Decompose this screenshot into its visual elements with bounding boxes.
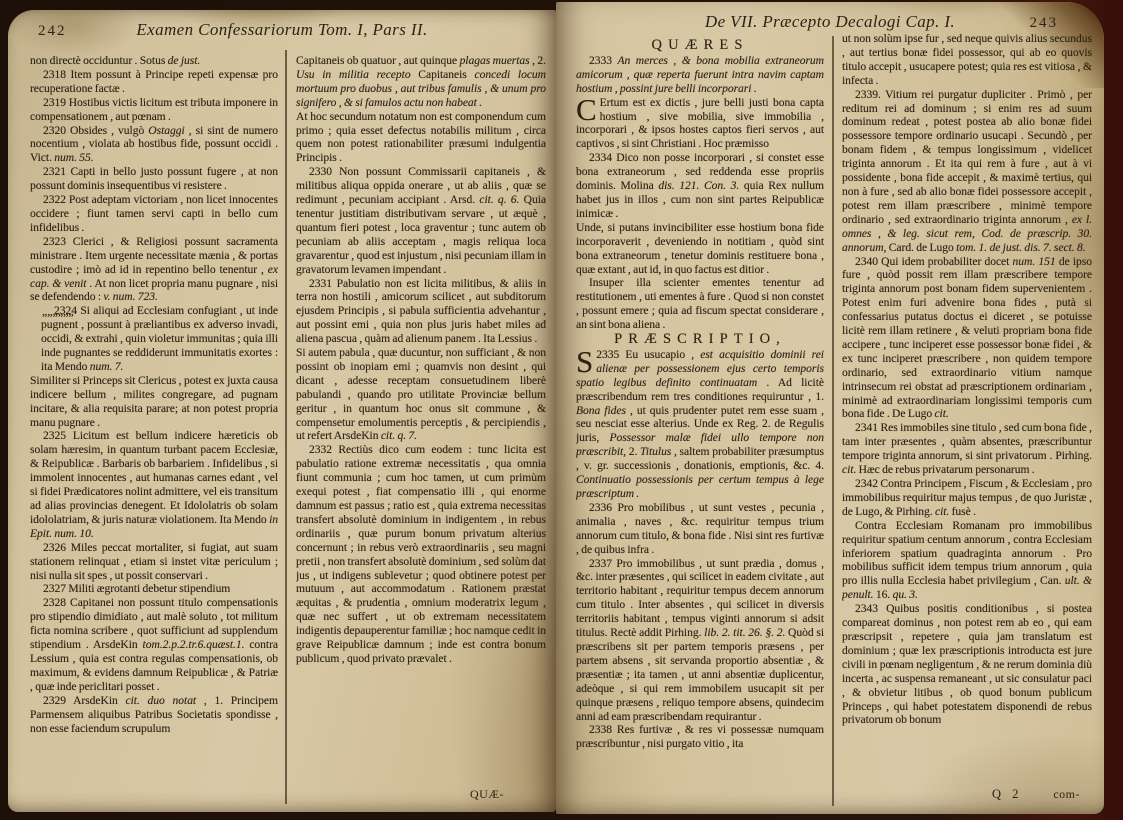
paragraph-2343: 2343 Quibus positis conditionibus , si p… <box>842 602 1092 727</box>
italic-text: cit. duo notat <box>126 694 197 707</box>
text-segment: de ipso fure , quòd possit rem illam præ… <box>842 255 1092 421</box>
text-segment: Ertum est ex dictis , jure belli justi b… <box>576 96 824 151</box>
paragraph-2338: 2338 Res furtivæ , & res vi possessæ num… <box>576 723 824 751</box>
paragraph-contra: Contra Ecclesiam Romanam pro immobilibus… <box>842 519 1092 602</box>
paragraph-utnon: ut non solùm ipse fur , sed neque quivis… <box>842 32 1092 88</box>
paragraph-athoc: At hoc secundum notatum non est componen… <box>296 110 546 166</box>
paragraph-2322: 2322 Post adeptam victoriam , non licet … <box>30 193 278 235</box>
paragraph-2325: 2325 Licitum est bellum indicere hæretic… <box>30 429 278 540</box>
italic-text: tom.2.p.2.tr.6.quæst.1. <box>143 638 245 651</box>
heading-praescriptio: PRÆSCRIPTIO, <box>576 332 824 348</box>
text-segment: 2331 Pabulatio non est licita militibus,… <box>296 277 546 346</box>
text-segment: Capitaneis ob quatuor , aut quinque <box>296 54 460 67</box>
text-segment: Hæc de rebus privatarum personarum . <box>856 463 1034 476</box>
text-segment: 2323 Clerici , & Religiosi possunt sacra… <box>30 235 278 276</box>
paragraph-2328: 2328 Capitanei non possunt titulo compen… <box>30 596 278 693</box>
text-segment: Capitaneis <box>411 68 475 81</box>
text-column: ut non solùm ipse fur , sed neque quivis… <box>842 32 1092 784</box>
italic-text: tom. 1. de just. dis. 7. sect. 8. <box>956 241 1085 254</box>
paragraph-siautem: Si autem pabula , quæ ducuntur, non suff… <box>296 346 546 443</box>
italic-text: Titulus <box>640 445 671 458</box>
italic-text: Usu in militia recepto <box>296 68 411 81</box>
italic-text: dis. 121. Con. 3. <box>658 179 739 192</box>
paragraph-2333: 2333 An merces , & bona mobilia extraneo… <box>576 54 824 96</box>
text-segment: Unde, si putans invincibiliter esse host… <box>576 221 824 276</box>
text-segment: 2335 <box>596 348 625 361</box>
paragraph-2339: 2339. Vitium rei purgatur dupliciter . P… <box>842 88 1092 255</box>
paragraph-2336: 2336 Pro mobilibus , ut sunt vestes , pe… <box>576 501 824 557</box>
paragraph-2330: 2330 Non possunt Commissarii capitaneis … <box>296 165 546 276</box>
paragraph-2319: 2319 Hostibus victis licitum est tributa… <box>30 96 278 124</box>
text-segment: Eu usucapio , <box>625 348 700 361</box>
italic-text: v. num. 723. <box>103 290 158 303</box>
paragraph-2324: „„„„„„2324 Si aliqui ad Ecclesiam confug… <box>30 304 278 374</box>
text-segment: 2333 <box>589 54 618 67</box>
column-rule <box>285 50 287 804</box>
text-segment: 2326 Miles peccat mortaliter, si fugiat,… <box>30 541 278 582</box>
italic-text: cit. <box>842 463 856 476</box>
text-segment: 2320 Obsides , vulgò <box>43 124 148 137</box>
italic-text: Ostaggi <box>148 124 184 137</box>
text-segment: Similiter si Princeps sit Clericus , pot… <box>30 374 278 429</box>
text-segment: At hoc secundum notatum non est componen… <box>296 110 546 165</box>
drop-cap: S <box>576 348 596 374</box>
text-column: non directè occiduntur . Sotus de just.2… <box>30 54 278 806</box>
paragraph-2340: 2340 Qui idem probabiliter docet num. 15… <box>842 255 1092 422</box>
italic-text: Bona fides <box>576 404 626 417</box>
italic-text: cit. <box>935 505 949 518</box>
column-rule <box>832 36 834 806</box>
signature-mark: Q 2 <box>992 787 1022 802</box>
paragraph-2342: 2342 Contra Principem , Fiscum , & Eccle… <box>842 477 1092 519</box>
italic-text: num. 55. <box>54 151 93 164</box>
heading-quaeres: QUÆRES <box>576 38 824 54</box>
paragraph-unde: Unde, si putans invincibiliter esse host… <box>576 221 824 277</box>
text-segment: 2332 Rectiùs dico cum eodem : tunc licit… <box>296 443 546 665</box>
paragraph-2331: 2331 Pabulatio non est licita militibus,… <box>296 277 546 347</box>
paragraph-sotus: non directè occiduntur . Sotus de just. <box>30 54 278 68</box>
paragraph-certum: CErtum est ex dictis , jure belli justi … <box>576 96 824 152</box>
right-page: De VII. Præcepto Decalogi Cap. I. 243 QU… <box>556 2 1104 814</box>
text-segment: QUÆRES <box>652 38 749 53</box>
text-segment: Card. de Lugo <box>886 241 956 254</box>
paragraph-2329: 2329 ArsdeKin cit. duo notat , 1. Princi… <box>30 694 278 736</box>
paragraph-2323: 2323 Clerici , & Religiosi possunt sacra… <box>30 235 278 305</box>
text-segment: Contra Ecclesiam Romanam pro immobilibus… <box>842 519 1092 588</box>
text-segment: 2329 ArsdeKin <box>43 694 126 707</box>
paragraph-similiter: Similiter si Princeps sit Clericus , pot… <box>30 374 278 430</box>
text-segment: , 2. <box>623 445 640 458</box>
paragraph-insuper: Insuper illa scienter ementes tenentur a… <box>576 276 824 332</box>
paragraph-2337: 2337 Pro immobilibus , ut sunt prædia , … <box>576 557 824 724</box>
italic-text: de just. <box>168 54 201 67</box>
text-segment: Insuper illa scienter ementes tenentur a… <box>576 276 824 331</box>
paragraph-2335: 2335 SEu usucapio , est acquisitio domin… <box>576 348 824 501</box>
italic-text: cit. q. 7. <box>381 429 417 442</box>
text-segment: Si autem pabula , quæ ducuntur, non suff… <box>296 346 546 442</box>
text-segment: 2340 Qui idem probabiliter docet <box>855 255 1013 268</box>
text-segment: 2336 Pro mobilibus , ut sunt vestes , pe… <box>576 501 824 556</box>
italic-text: num. 151 <box>1013 255 1056 268</box>
text-segment: 2339. Vitium rei purgatur dupliciter . P… <box>842 88 1092 226</box>
left-page: 242 Examen Confessariorum Tom. I, Pars I… <box>8 10 556 812</box>
paragraph-2327: 2327 Militi ægrotanti debetur stipendium <box>30 582 278 596</box>
text-segment: 2338 Res furtivæ , & res vi possessæ num… <box>576 723 824 750</box>
text-segment: 2318 Item possunt à Principe repeti expe… <box>30 68 278 95</box>
text-column: Capitaneis ob quatuor , aut quinque plag… <box>296 54 546 794</box>
italic-text: qu. 3. <box>893 588 918 601</box>
paragraph-2321: 2321 Capti in bello justo possunt fugere… <box>30 165 278 193</box>
text-segment: 2319 Hostibus victis licitum est tributa… <box>30 96 278 123</box>
text-segment: 2343 Quibus positis conditionibus , si p… <box>842 602 1092 726</box>
italic-text: num. 7. <box>90 360 124 373</box>
text-segment: non directè occiduntur . Sotus <box>30 54 168 67</box>
running-header: De VII. Præcepto Decalogi Cap. I. <box>556 12 1104 32</box>
paragraph-2334: 2334 Dico non posse incorporari , si con… <box>576 151 824 221</box>
text-segment: fusè . <box>949 505 976 518</box>
drop-cap: C <box>576 96 600 122</box>
page-number: 243 <box>1030 15 1059 32</box>
text-segment: ut non solùm ipse fur , sed neque quivis… <box>842 32 1092 87</box>
running-header: Examen Confessariorum Tom. I, Pars II. <box>8 20 556 40</box>
text-segment: 2341 Res immobiles sine titulo , sed cum… <box>842 421 1092 462</box>
text-column: QUÆRES2333 An merces , & bona mobilia ex… <box>576 38 824 802</box>
italic-text: Continuatio possessionis per certum temp… <box>576 473 824 500</box>
text-segment: 16. <box>874 588 893 601</box>
text-segment: 2322 Post adeptam victoriam , non licet … <box>30 193 278 234</box>
text-segment: 2324 Si aliqui ad Ecclesiam confugiant ,… <box>41 304 278 373</box>
paragraph-capitaneis: Capitaneis ob quatuor , aut quinque plag… <box>296 54 546 110</box>
book-photo: 242 Examen Confessariorum Tom. I, Pars I… <box>0 0 1123 820</box>
italic-text: cit. q. 6. <box>479 193 519 206</box>
text-segment: Quòd si præscribens sit per partem tempo… <box>576 626 824 722</box>
catchword: QUÆ- <box>470 787 504 802</box>
paragraph-2320: 2320 Obsides , vulgò Ostaggi , si sint d… <box>30 124 278 166</box>
text-segment: 2327 Militi ægrotanti debetur stipendium <box>43 582 230 595</box>
text-segment: PRÆSCRIPTIO, <box>614 331 786 347</box>
paragraph-2332: 2332 Rectiùs dico cum eodem : tunc licit… <box>296 443 546 666</box>
text-segment: 2321 Capti in bello justo possunt fugere… <box>30 165 278 192</box>
text-segment: 2325 Licitum est bellum indicere hæretic… <box>30 429 278 525</box>
text-segment: , 2. <box>530 54 546 67</box>
italic-text: lib. 2. tit. 26. §. 2. <box>704 626 785 639</box>
catchword: com- <box>1053 787 1080 802</box>
italic-text: plagas muertas <box>460 54 530 67</box>
paragraph-2326: 2326 Miles peccat mortaliter, si fugiat,… <box>30 541 278 583</box>
paragraph-2341: 2341 Res immobiles sine titulo , sed cum… <box>842 421 1092 477</box>
paragraph-2318: 2318 Item possunt à Principe repeti expe… <box>30 68 278 96</box>
italic-text: cit. <box>934 407 948 420</box>
margin-quote-marks: „„„„„„ <box>30 305 38 319</box>
